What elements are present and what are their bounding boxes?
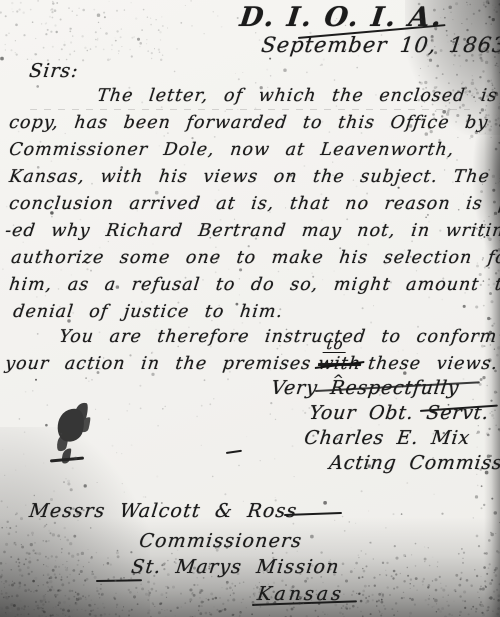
body-line: You are therefore instructed to conform [58,327,498,347]
noise-layer [0,0,1,1]
noise-layer [0,0,1,1]
signer-title: Acting Commissio [328,452,500,474]
noise-layer [0,0,1,1]
body-line: The letter, of which the enclosed is [96,86,499,106]
inserted-word: to [323,337,348,353]
body-line: -ed why Richard Bertrand may not, in wri… [4,221,500,241]
closing-obedient-servant: Your Obt. Servt. [308,402,490,424]
ink-blot-stroke [50,457,84,463]
date-line: September 10, 1863. [260,33,500,57]
amend-suffix: these views. [367,354,499,374]
body-line: him, as a refusal to do so, might amount… [8,275,500,295]
noise-layer [0,0,1,1]
addressee-location: St. Marys Mission [130,556,341,578]
signature: Charles E. Mix [303,427,471,449]
body-line: authorize some one to make his selection… [10,248,500,268]
stray-pen-mark [226,450,242,454]
body-line: copy, has been forwarded to this Office … [8,113,489,133]
body-line-amended: your action in the premiseswithto^these … [4,354,499,374]
noise-layer [0,0,1,1]
letter-scan-page: D. I. O. I. A. September 10, 1863. Sirs:… [0,0,500,617]
body-line: denial of justice to him. [12,302,284,322]
noise-layer [0,0,1,1]
ink-blot [54,405,87,444]
body-line: conclusion arrived at is, that no reason… [8,194,500,214]
struck-word: withto^ [317,354,362,374]
noise-layer [0,0,1,1]
body-line: Kansas, with his views on the subject. T… [8,167,491,187]
scan-artifact-line [30,109,470,110]
bottom-left-shading [0,427,150,617]
amend-prefix: your action in the premises [4,354,312,374]
addressee-name: Messrs Walcott & Ross [28,500,299,522]
salutation: Sirs: [28,60,80,82]
flourish-line [96,579,142,582]
body-line: Commissioner Dole, now at Leavenworth, [8,140,456,160]
addressee-title: Commissioners [138,530,304,552]
